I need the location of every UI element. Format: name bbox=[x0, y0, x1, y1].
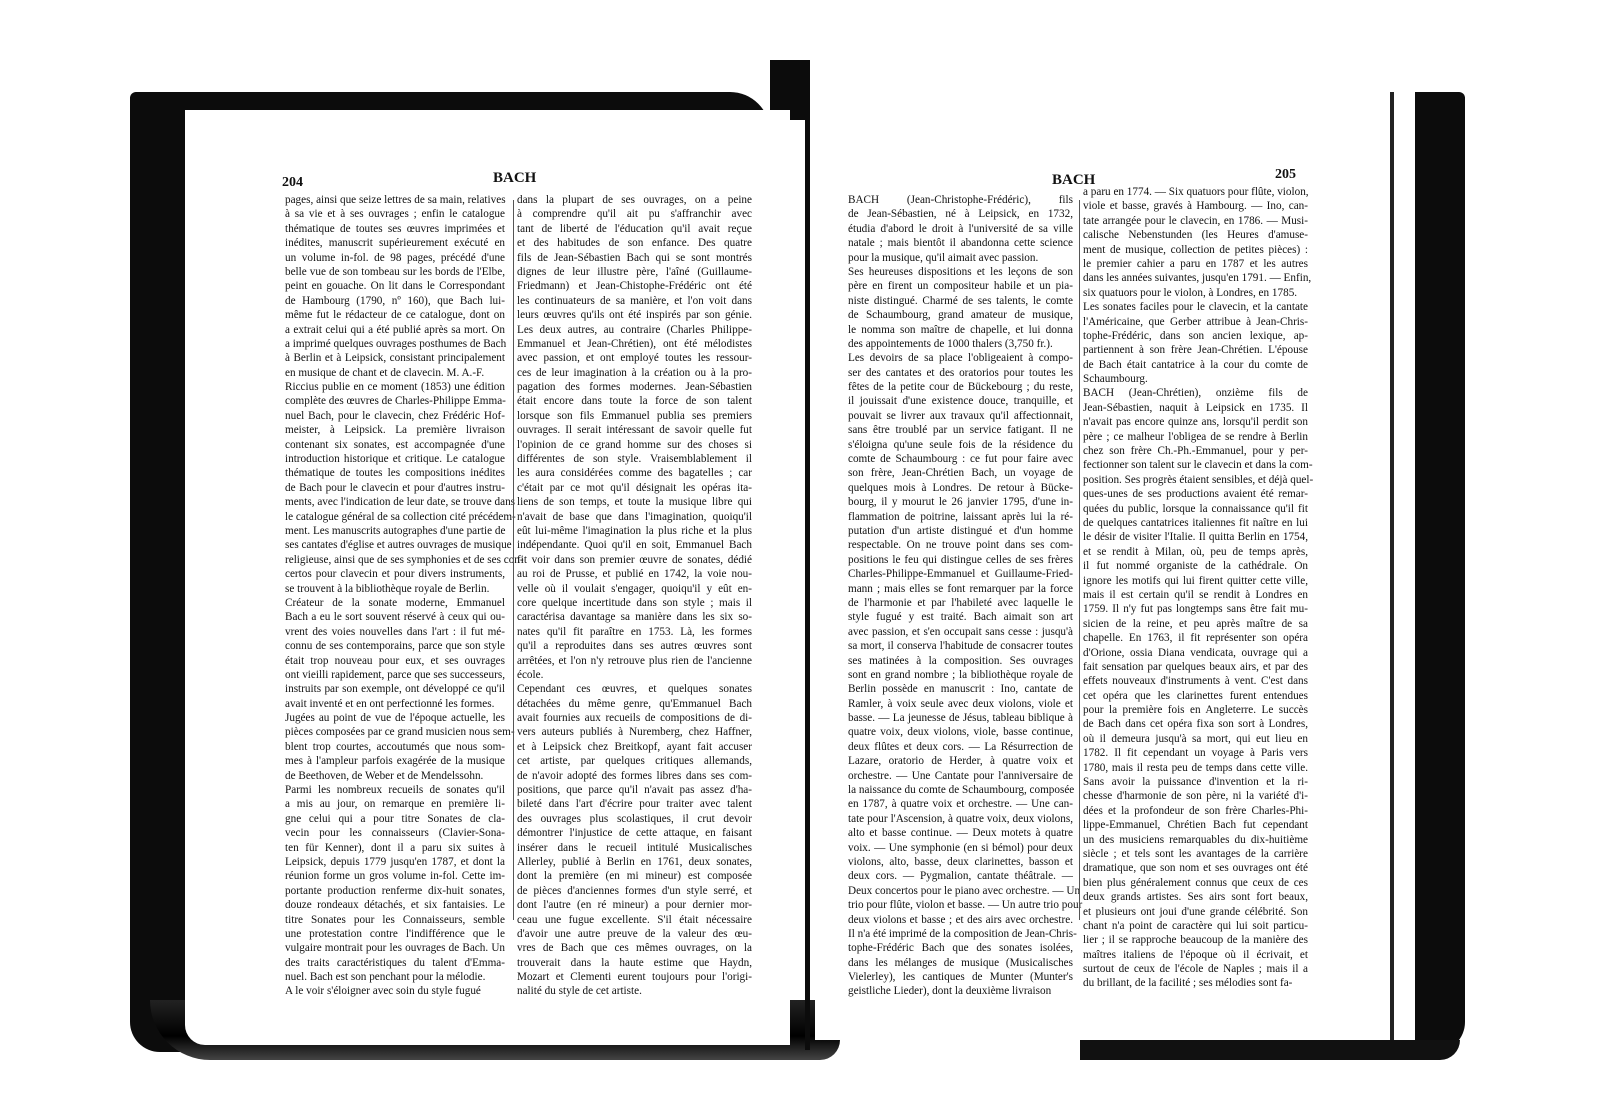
text-line: démontrer l'injustice de cette attaque, … bbox=[517, 826, 752, 840]
text-line: Il n'a été imprimé de la composition de … bbox=[848, 927, 1073, 941]
text-line: mais il est certain qu'il se rendit à Lo… bbox=[1083, 588, 1308, 602]
text-line: pour la première fois en Angleterre. Le … bbox=[1083, 703, 1308, 717]
text-line: Ramler, à voix seule avec deux violons, … bbox=[848, 697, 1073, 711]
text-line: père ; ce malheur l'obligea de se rendre… bbox=[1083, 430, 1308, 444]
text-line: liens de son temps, et toute la musique … bbox=[517, 495, 752, 509]
text-line: Lazare, oratorio de Herder, à quatre voi… bbox=[848, 754, 1073, 768]
text-line: Les devoirs de sa place l'obligeaient à … bbox=[848, 351, 1073, 365]
text-line: putation d'un artiste distingué et d'un … bbox=[848, 524, 1073, 538]
text-line: les aura considérées comme des bagatelle… bbox=[517, 466, 752, 480]
text-line: des ouvrages plus scolastiques, il crut … bbox=[517, 812, 752, 826]
text-line: avait fournies aux recueils de compositi… bbox=[517, 711, 752, 725]
text-line: BACH (Jean-Chrétien), onzième fils de bbox=[1083, 386, 1308, 400]
text-line: dées et la profondeur de son frère Charl… bbox=[1083, 804, 1308, 818]
text-line: qu'il a reproduites dans ses autres œuvr… bbox=[517, 639, 752, 653]
text-line: pagation des formes modernes. Jean-Sébas… bbox=[517, 380, 752, 394]
text-line: nuel Bach, pour le clavecin, chez Frédér… bbox=[285, 409, 505, 423]
text-line: indépendante. Quoi qu'il en soit, Emmanu… bbox=[517, 538, 752, 552]
text-line: c'était par ce mot qu'il désignait les o… bbox=[517, 481, 752, 495]
text-line: bileté dans l'art d'écrire pour traiter … bbox=[517, 797, 752, 811]
text-line: chesse d'harmonie de son père, ni la var… bbox=[1083, 789, 1308, 803]
text-line: vrent des voies nouvelles dans l'art : i… bbox=[285, 625, 505, 639]
text-line: étudia d'abord le droit à l'université d… bbox=[848, 222, 1073, 236]
text-line: partiennent à son frère Jean-Chrétien. L… bbox=[1083, 343, 1308, 357]
text-line: six quatuors pour le violon, à Londres, … bbox=[1083, 286, 1308, 300]
text-line: orchestre. — Une Cantate pour l'annivers… bbox=[848, 769, 1073, 783]
text-line: dont l'autre (en ré mineur) a pour derni… bbox=[517, 898, 752, 912]
text-line: ses cantates d'église et autres ouvrages… bbox=[285, 538, 505, 552]
text-line: positions le feu qui distingue celles de… bbox=[848, 553, 1073, 567]
book-edge-right-inner bbox=[1390, 92, 1394, 1042]
text-line: belle vue de son tombeau sur les bords d… bbox=[285, 265, 505, 279]
text-line: de Bach dans cet opéra fixa son sort à L… bbox=[1083, 717, 1308, 731]
text-line: ques-unes de ses productions avaient été… bbox=[1083, 487, 1308, 501]
text-line: douze rondeaux détachés, et six fantaisi… bbox=[285, 898, 505, 912]
text-line: maîtres italiens de l'époque où il écriv… bbox=[1083, 948, 1308, 962]
text-line: et à Leipsick chez Breitkopf, ayant fait… bbox=[517, 740, 752, 754]
text-line: ments, avec l'indication de leur date, s… bbox=[285, 495, 505, 509]
text-line: Sans avoir la puissance d'invention et l… bbox=[1083, 775, 1308, 789]
text-line: du brillant, de la facilité ; ses mélodi… bbox=[1083, 976, 1308, 990]
text-line: Emmanuel et Jean-Chrétien), ont été mélo… bbox=[517, 337, 752, 351]
text-line: comte de Schaumbourg : ce fut pour faire… bbox=[848, 452, 1073, 466]
text-line: de Schaumbourg, grand amateur de musique… bbox=[848, 308, 1073, 322]
text-line: de Bach pour le clavecin et pour d'autre… bbox=[285, 481, 505, 495]
text-line: il fut nommé organiste de la cathédrale.… bbox=[1083, 559, 1308, 573]
right-page-number: 205 bbox=[1275, 167, 1296, 183]
text-line: voix. — Une symphonie (en si bémol) pour… bbox=[848, 841, 1073, 855]
text-line: pour la musique, qu'il aimait avec passi… bbox=[848, 251, 1073, 265]
text-line: Vielerley), les cantiques de Munter (Mun… bbox=[848, 970, 1073, 984]
text-line: core quelque incertitude dans son style … bbox=[517, 596, 752, 610]
text-line: au roi de Prusse, et publié en 1742, la … bbox=[517, 567, 752, 581]
text-line: un des musiciens remarquables du dix-hui… bbox=[1083, 833, 1308, 847]
text-line: tophe-Frédéric Bach que des sonates isol… bbox=[848, 941, 1073, 955]
text-line: Jean-Sébastien, naquit à Leipsick en 173… bbox=[1083, 401, 1308, 415]
text-line: père en firent un compositeur habile et … bbox=[848, 279, 1073, 293]
text-line: même fut le rédacteur de ce catalogue, d… bbox=[285, 308, 505, 322]
text-line: le catalogue général de sa collection ci… bbox=[285, 510, 505, 524]
text-line: velle où il voulait s'engager, quoiqu'il… bbox=[517, 582, 752, 596]
text-line: dignes de leur illustre père, l'aîné (Gu… bbox=[517, 265, 752, 279]
text-line: lorsque son fils Emmanuel publia ses pre… bbox=[517, 409, 752, 423]
right-page: BACH 205 BACH (Jean-Christophe-Frédéric)… bbox=[815, 110, 1390, 1040]
text-line: Charles-Philippe-Emmanuel et Guillaume-F… bbox=[848, 567, 1073, 581]
text-line: son frère, Jean-Chrétien Bach, un voyage… bbox=[848, 466, 1073, 480]
text-line: violons, alto, basse, deux clarinettes, … bbox=[848, 855, 1073, 869]
text-line: de l'harmonie et par l'habileté avec laq… bbox=[848, 596, 1073, 610]
text-line: tophe-Frédéric, dans son ancien lexique,… bbox=[1083, 329, 1308, 343]
text-line: vulgaire montrait pour les ouvrages de B… bbox=[285, 941, 505, 955]
text-line: viole et basse, gravés à Hambourg. — Ino… bbox=[1083, 199, 1308, 213]
text-line: avait inventé et en ont perfectionné les… bbox=[285, 697, 505, 711]
text-line: école. bbox=[517, 668, 752, 682]
text-line: ment. Les manuscrits autographes d'une p… bbox=[285, 524, 505, 538]
text-line: deux violons et basse ; et des airs avec… bbox=[848, 913, 1073, 927]
text-line: à comprendre qu'il ait pu s'affranchir a… bbox=[517, 207, 752, 221]
text-line: blent trop courtes, accoutumés que nous … bbox=[285, 740, 505, 754]
text-line: Friedmann) et Jean-Chistophe-Frédéric on… bbox=[517, 279, 752, 293]
text-line: de Jean-Sébastien, né à Leipsick, en 173… bbox=[848, 207, 1073, 221]
text-line: en 1787, à quatre voix et orchestre. — U… bbox=[848, 797, 1073, 811]
text-line: trio pour flûte, violon et basse. — Un a… bbox=[848, 898, 1073, 912]
text-line: tate arrangée pour le clavecin, en 1786.… bbox=[1083, 214, 1308, 228]
text-line: niste distingué. Charmé de ses talents, … bbox=[848, 294, 1073, 308]
text-line: deux grands artistes. Ses airs sont fort… bbox=[1083, 890, 1308, 904]
text-line: quatre voix, deux violons, viole, basse … bbox=[848, 725, 1073, 739]
text-line: BACH (Jean-Christophe-Frédéric), fils bbox=[848, 193, 1073, 207]
column-rule bbox=[513, 200, 514, 920]
text-line: de n'avoir adopté des formes libres dans… bbox=[517, 769, 752, 783]
text-line: l'Américaine, que Gerber attribue à Jean… bbox=[1083, 315, 1308, 329]
text-line: Ses heureuses dispositions et les leçons… bbox=[848, 265, 1073, 279]
text-line: détachées du même genre, qu'Emmanuel Bac… bbox=[517, 697, 752, 711]
text-line: quées du public, lorsque la connaissance… bbox=[1083, 502, 1308, 516]
text-line: ceau une fugue excellente. S'il était né… bbox=[517, 913, 752, 927]
text-line: fectionner son talent sur le clavecin et… bbox=[1083, 458, 1308, 472]
text-line: les continuateurs de sa manière, et l'on… bbox=[517, 294, 752, 308]
text-line: instruits par son exemple, ont développé… bbox=[285, 682, 505, 696]
text-line: alto et basse continue. — Deux motets à … bbox=[848, 826, 1073, 840]
text-line: tant de liberté de l'éducation qu'il ava… bbox=[517, 222, 752, 236]
text-line: eût lui-même l'imagination la plus riche… bbox=[517, 524, 752, 538]
text-line: pièces composées par ce grand musicien n… bbox=[285, 725, 505, 739]
text-line: calische Nebenstunden (les Heures d'amus… bbox=[1083, 228, 1308, 242]
text-line: fit voir dans son premier œuvre de sonat… bbox=[517, 553, 752, 567]
text-line: ser des cantates et des oratorios pour t… bbox=[848, 366, 1073, 380]
text-line: sans être troublé par un service fatigan… bbox=[848, 423, 1073, 437]
text-line: n'avait pas encore quinze ans, lorsqu'il… bbox=[1083, 415, 1308, 429]
text-line: siècle ; et tels sont les avantages de l… bbox=[1083, 847, 1308, 861]
text-line: sa mort, il conserva l'habitude de consa… bbox=[848, 639, 1073, 653]
text-line: nalité du style de cet artiste. bbox=[517, 984, 752, 998]
text-line: Les sonates faciles pour le clavecin, et… bbox=[1083, 300, 1308, 314]
text-line: pages, ainsi que seize lettres de sa mai… bbox=[285, 193, 505, 207]
text-line: Schaumbourg. bbox=[1083, 372, 1308, 386]
text-line: où il demeura jusqu'à sa mort, qui eut l… bbox=[1083, 732, 1308, 746]
text-line: Parmi les nombreux recueils de sonates q… bbox=[285, 783, 505, 797]
text-line: vers auteurs publiés à Nuremberg, chez H… bbox=[517, 725, 752, 739]
text-line: d'avoir une autre preuve de la valeur de… bbox=[517, 927, 752, 941]
text-line: fils de Jean-Sébastien Bach qui se sont … bbox=[517, 251, 752, 265]
text-line: effets nouveaux d'instruments à vent. C'… bbox=[1083, 674, 1308, 688]
text-line: nates qu'il fit paraître en 1753. Là, le… bbox=[517, 625, 752, 639]
text-line: Riccius publie en ce moment (1853) une é… bbox=[285, 380, 505, 394]
text-line: flammation de poitrine, laissant après l… bbox=[848, 510, 1073, 524]
text-line: avec passion, et s'en occupait sans cess… bbox=[848, 625, 1073, 639]
text-line: dans les mélanges de musique (Musicalisc… bbox=[848, 956, 1073, 970]
text-line: chapelle. En 1763, il fit représenter so… bbox=[1083, 631, 1308, 645]
text-line: Créateur de la sonate moderne, Emmanuel bbox=[285, 596, 505, 610]
text-line: ont vieilli rapidement, parce que ses su… bbox=[285, 668, 505, 682]
text-line: inédites, manuscrit supérieurement exécu… bbox=[285, 236, 505, 250]
text-line: des appointements de 1000 thalers (3,750… bbox=[848, 337, 1073, 351]
text-line: lippe-Emmanuel, Chrétien Bach fut cepend… bbox=[1083, 818, 1308, 832]
text-line: des traits caractéristiques du talent d'… bbox=[285, 956, 505, 970]
text-line: quelques mois à Londres. De retour à Büc… bbox=[848, 481, 1073, 495]
text-line: caractérisa davantage sa manière dans le… bbox=[517, 610, 752, 624]
text-line: a imprimé quelques ouvrages posthumes de… bbox=[285, 337, 505, 351]
left-page-column-2: dans la plupart de ses ouvrages, on a pe… bbox=[517, 193, 752, 999]
text-line: complète des œuvres de Charles-Philippe … bbox=[285, 394, 505, 408]
text-line: tate pour l'Ascension, à quatre voix, de… bbox=[848, 812, 1073, 826]
text-line: le premier cahier a paru en 1787 et les … bbox=[1083, 257, 1308, 271]
left-page-number: 204 bbox=[282, 175, 303, 191]
text-line: a mis au jour, on remarque en première l… bbox=[285, 797, 505, 811]
text-line: ces de leur imagination à la création ou… bbox=[517, 366, 752, 380]
text-line: une protestation contre l'indifférence q… bbox=[285, 927, 505, 941]
text-line: gne celui qui a pour titre Sonates de cl… bbox=[285, 812, 505, 826]
text-line: n'avait de base que dans l'imagination, … bbox=[517, 510, 752, 524]
text-line: et se rendit à Milan, où, peu de temps a… bbox=[1083, 545, 1308, 559]
text-line: et des habitudes de son enfance. Des qua… bbox=[517, 236, 752, 250]
text-line: Berlin possède en manuscrit : Ino, canta… bbox=[848, 682, 1073, 696]
text-line: natale ; mais bientôt il abandonna cette… bbox=[848, 236, 1073, 250]
text-line: il jouissait d'une existence douce, tran… bbox=[848, 394, 1073, 408]
text-line: lier ; il se rapproche beaucoup de la ma… bbox=[1083, 933, 1308, 947]
text-line: la naissance du comte de Schaumbourg, co… bbox=[848, 783, 1073, 797]
text-line: de quelques cantatrices italiennes fit n… bbox=[1083, 516, 1308, 530]
text-line: religieuse, ainsi que de ses symphonies … bbox=[285, 553, 505, 567]
text-line: bourg, il y mourut le 26 janvier 1795, d… bbox=[848, 495, 1073, 509]
text-line: le nomma son maître de chapelle, et lui … bbox=[848, 323, 1073, 337]
text-line: chant n'a point de caractère qui lui soi… bbox=[1083, 919, 1308, 933]
text-line: A le voir s'éloigner avec soin du style … bbox=[285, 984, 505, 998]
text-line: connu de ses contemporains, parce que so… bbox=[285, 639, 505, 653]
text-line: insérer dans le recueil intitulé Musical… bbox=[517, 841, 752, 855]
text-line: dans la plupart de ses ouvrages, on a pe… bbox=[517, 193, 752, 207]
text-line: à sa vie et à ses ouvrages ; enfin le ca… bbox=[285, 207, 505, 221]
text-line: chez son frère Ch.-Ph.-Emmanuel, pour y … bbox=[1083, 444, 1308, 458]
text-line: deux flûtes et deux cors. — La Résurrect… bbox=[848, 740, 1073, 754]
text-line: positions, que parce qu'il n'avait pas a… bbox=[517, 783, 752, 797]
left-page: 204 BACH pages, ainsi que seize lettres … bbox=[185, 110, 790, 1045]
text-line: de Bach était cantatrice à la cour du co… bbox=[1083, 358, 1308, 372]
text-line: cet artiste, par quelques critiques alle… bbox=[517, 754, 752, 768]
text-line: de Beethoven, de Weber et de Mendelssohn… bbox=[285, 769, 505, 783]
text-line: peint en gouache. On lit dans le Corresp… bbox=[285, 279, 505, 293]
text-line: dans les années suivantes, jusqu'en 1791… bbox=[1083, 271, 1308, 285]
text-line: nuel. Bach est son penchant pour la mélo… bbox=[285, 970, 505, 984]
text-line: titre Sonates pour les Connaisseurs, sem… bbox=[285, 913, 505, 927]
text-line: 1782. Il fit cependant un voyage à Paris… bbox=[1083, 746, 1308, 760]
text-line: mann ; mais elles se font remarquer par … bbox=[848, 582, 1073, 596]
text-line: a paru en 1774. — Six quatuors pour flût… bbox=[1083, 185, 1308, 199]
text-line: et plusieurs ont joui d'une grande céléb… bbox=[1083, 905, 1308, 919]
text-line: Les deux autres, au contraire (Charles P… bbox=[517, 323, 752, 337]
text-line: respectable. On ne trouve point dans ses… bbox=[848, 538, 1073, 552]
text-line: Jugées au point de vue de l'époque actue… bbox=[285, 711, 505, 725]
text-line: trouverait dans la haute estime que Hayd… bbox=[517, 956, 752, 970]
book-edge-right bbox=[1415, 92, 1465, 1052]
right-page-column-1: BACH (Jean-Christophe-Frédéric), filsde … bbox=[848, 193, 1073, 999]
text-line: sicien de la reine, et peu après maître … bbox=[1083, 617, 1308, 631]
text-line: Allerley, publié à Berlin en 1761, deux … bbox=[517, 855, 752, 869]
text-line: Cependant ces œuvres, et quelques sonate… bbox=[517, 682, 752, 696]
text-line: vecin pour les connaisseurs (Clavier-Son… bbox=[285, 826, 505, 840]
text-line: a extrait celui qui a été publié après s… bbox=[285, 323, 505, 337]
text-line: Leipsick, depuis 1779 jusqu'en 1787, et … bbox=[285, 855, 505, 869]
text-line: meister, à Leipsick. La première livrais… bbox=[285, 423, 505, 437]
text-line: contenant six sonates, est accompagnée d… bbox=[285, 438, 505, 452]
text-line: position. Ses progrès étaient sensibles,… bbox=[1083, 473, 1308, 487]
text-line: l'opinion de ce grand homme sur des chos… bbox=[517, 438, 752, 452]
text-line: basse. — La jeunesse de Jésus, tableau b… bbox=[848, 711, 1073, 725]
text-line: mes à l'ampleur parfois exagérée de la m… bbox=[285, 754, 505, 768]
text-line: sont en grand nombre ; la bibliothèque r… bbox=[848, 668, 1073, 682]
text-line: deux cors. — Pygmalion, cantate théâtral… bbox=[848, 869, 1073, 883]
text-line: ses matinées à la composition. Ses ouvra… bbox=[848, 654, 1073, 668]
text-line: ouvrages. Il serait intéressant de savoi… bbox=[517, 423, 752, 437]
text-line: cet opéra que les clarinettes furent ent… bbox=[1083, 689, 1308, 703]
text-line: Bach a eu le sort souvent réservé à ceux… bbox=[285, 610, 505, 624]
text-line: Mozart et Clementi eurent toujours pour … bbox=[517, 970, 752, 984]
text-line: d'Orione, ossia Diana vendicata, ouvrage… bbox=[1083, 646, 1308, 660]
text-line: avec passion, et ont employé toutes les … bbox=[517, 351, 752, 365]
text-line: à Berlin et à Leipsick, consistant princ… bbox=[285, 351, 505, 365]
book-gutter-line bbox=[805, 110, 810, 1050]
text-line: différentes de son style. Vraisemblablem… bbox=[517, 452, 752, 466]
text-line: style fugué y est traité. Bach aimait so… bbox=[848, 610, 1073, 624]
left-running-head: BACH bbox=[493, 170, 536, 187]
text-line: leurs œuvres qu'ils ont été inspirés par… bbox=[517, 308, 752, 322]
text-line: de pièces d'anciennes formes d'un style … bbox=[517, 884, 752, 898]
text-line: dramatique, que son nom et ses ouvrages … bbox=[1083, 861, 1308, 875]
right-page-column-2: a paru en 1774. — Six quatuors pour flût… bbox=[1083, 185, 1308, 991]
left-page-column-1: pages, ainsi que seize lettres de sa mai… bbox=[285, 193, 505, 999]
text-line: de Hambourg (1790, nº 160), que Bach lui… bbox=[285, 294, 505, 308]
text-line: vres de Bach que ces mêmes ouvrages, on … bbox=[517, 941, 752, 955]
text-line: ten für Kenner), dont il a paru six suit… bbox=[285, 841, 505, 855]
text-line: thématique de toutes les compositions in… bbox=[285, 466, 505, 480]
text-line: était encore dans toute la force de son … bbox=[517, 394, 752, 408]
text-line: certos pour clavecin et pour divers inst… bbox=[285, 567, 505, 581]
text-line: 1780, mais il resta peu de temps dans ce… bbox=[1083, 761, 1308, 775]
text-line: Deux concertos pour le piano avec orches… bbox=[848, 884, 1073, 898]
text-line: 1759. Il n'y fut pas longtemps sans être… bbox=[1083, 602, 1308, 616]
text-line: s'éloigna qu'une seule fois de la réside… bbox=[848, 438, 1073, 452]
text-line: se trouvent à la bibliothèque royale de … bbox=[285, 582, 505, 596]
column-rule bbox=[1079, 200, 1080, 920]
text-line: un volume in-fol. de 98 pages, précédé d… bbox=[285, 251, 505, 265]
text-line: réunion forme un gros volume in-fol. Cet… bbox=[285, 869, 505, 883]
text-line: thématique de toutes ses œuvres imprimée… bbox=[285, 222, 505, 236]
text-line: pouvait se livrer aux travaux qu'il affe… bbox=[848, 409, 1073, 423]
text-line: arrêtées, et l'on n'y retrouve plus rien… bbox=[517, 654, 752, 668]
book-edge-left bbox=[130, 92, 190, 1052]
text-line: fait sensation par quelques beaux airs, … bbox=[1083, 660, 1308, 674]
text-line: ment de musique, collection de petites p… bbox=[1083, 243, 1308, 257]
text-line: portante production renferme dix-huit so… bbox=[285, 884, 505, 898]
text-line: dont la première (en mi mineur) est comp… bbox=[517, 869, 752, 883]
text-line: geistliche Lieder), dont la deuxième liv… bbox=[848, 984, 1073, 998]
text-line: ignore les motifs qui lui firent quitter… bbox=[1083, 574, 1308, 588]
text-line: fêtes de la petite cour de Bückebourg ; … bbox=[848, 380, 1073, 394]
book-edge-bottom-right bbox=[1080, 1040, 1460, 1060]
text-line: en musique de chant et de clavecin. M. A… bbox=[285, 366, 505, 380]
text-line: surtout de ceux de l'école de Naples ; m… bbox=[1083, 962, 1308, 976]
text-line: le désir de visiter l'Italie. Il quitta … bbox=[1083, 530, 1308, 544]
text-line: était trop nouveau pour eux, et ses ouvr… bbox=[285, 654, 505, 668]
text-line: introduction historique et critique. Le … bbox=[285, 452, 505, 466]
text-line: bien plus généralement connus que ceux d… bbox=[1083, 876, 1308, 890]
